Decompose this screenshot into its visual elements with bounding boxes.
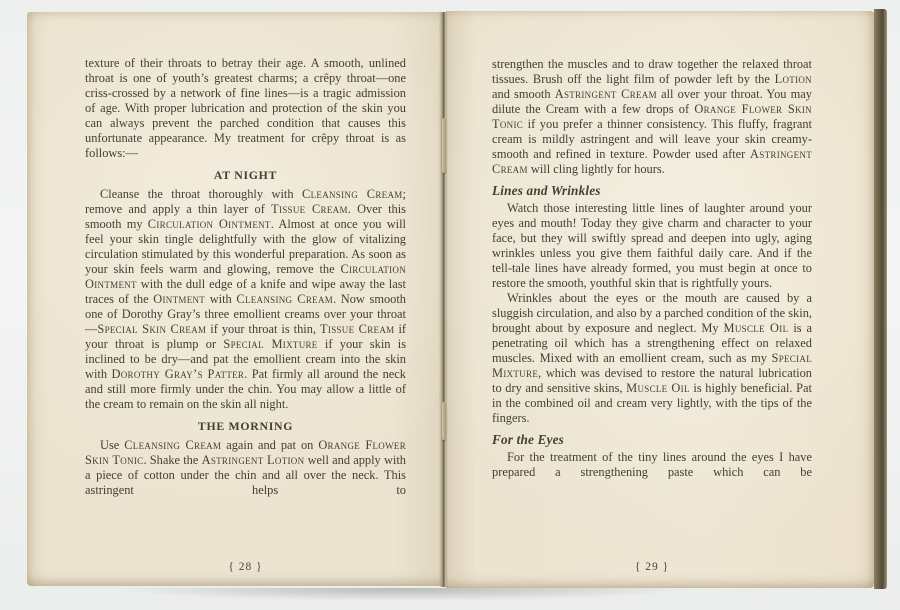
product-name-smallcaps: Dorothy Gray’s Patter bbox=[111, 367, 244, 381]
product-name-smallcaps: Special Skin Cream bbox=[97, 322, 206, 336]
section-heading: AT NIGHT bbox=[85, 168, 406, 183]
product-name-smallcaps: Lotion bbox=[775, 72, 812, 86]
right-page-text-column: strengthen the muscles and to draw toget… bbox=[492, 57, 812, 480]
product-name-smallcaps: Circulation Ointment bbox=[85, 262, 406, 291]
product-name-smallcaps: Astringent Lotion bbox=[202, 453, 305, 467]
product-name-smallcaps: Special Mixture bbox=[223, 337, 317, 351]
product-name-smallcaps: Circulation Ointment bbox=[148, 217, 271, 231]
product-name-smallcaps: Astringent Cream bbox=[555, 87, 657, 101]
product-name-smallcaps: Special Mixture bbox=[492, 351, 812, 380]
product-name-smallcaps: Muscle Oil bbox=[626, 381, 690, 395]
stitch-thread-bottom bbox=[442, 402, 446, 440]
left-page: texture of their throats to betray their… bbox=[27, 12, 442, 586]
paragraph: Wrinkles about the eyes or the mouth are… bbox=[492, 291, 812, 426]
book-shadow bbox=[70, 588, 810, 606]
right-page-number: { 29 } bbox=[492, 561, 812, 573]
product-name-smallcaps: Cleansing Cream bbox=[302, 187, 403, 201]
section-heading: THE MORNING bbox=[85, 419, 406, 434]
product-name-smallcaps: Ointment bbox=[153, 292, 205, 306]
section-heading: For the Eyes bbox=[492, 432, 812, 447]
left-page-number: { 28 } bbox=[85, 561, 406, 573]
paragraph: Watch those interesting little lines of … bbox=[492, 201, 812, 291]
paragraph: strengthen the muscles and to draw toget… bbox=[492, 57, 812, 177]
product-name-smallcaps: Muscle Oil bbox=[724, 321, 789, 335]
product-name-smallcaps: Orange Flower Skin Tonic bbox=[492, 102, 812, 131]
section-heading: Lines and Wrinkles bbox=[492, 183, 812, 198]
stitch-thread-top bbox=[442, 118, 446, 173]
paragraph: For the treatment of the tiny lines arou… bbox=[492, 450, 812, 480]
product-name-smallcaps: Cleansing Cream bbox=[236, 292, 333, 306]
product-name-smallcaps: Cleansing Cream bbox=[124, 438, 221, 452]
book-scan: texture of their throats to betray their… bbox=[0, 0, 900, 610]
left-page-text-column: texture of their throats to betray their… bbox=[85, 56, 406, 498]
paragraph: Cleanse the throat thoroughly with Clean… bbox=[85, 187, 406, 412]
product-name-smallcaps: Tissue Cream bbox=[271, 202, 348, 216]
book-cover-edge bbox=[874, 9, 887, 589]
paragraph: Use Cleansing Cream again and pat on Ora… bbox=[85, 438, 406, 498]
product-name-smallcaps: Tissue Cream bbox=[320, 322, 394, 336]
paragraph: texture of their throats to betray their… bbox=[85, 56, 406, 161]
product-name-smallcaps: Astringent Cream bbox=[492, 147, 812, 176]
book-gutter bbox=[439, 12, 448, 587]
right-page: strengthen the muscles and to draw toget… bbox=[446, 11, 874, 588]
